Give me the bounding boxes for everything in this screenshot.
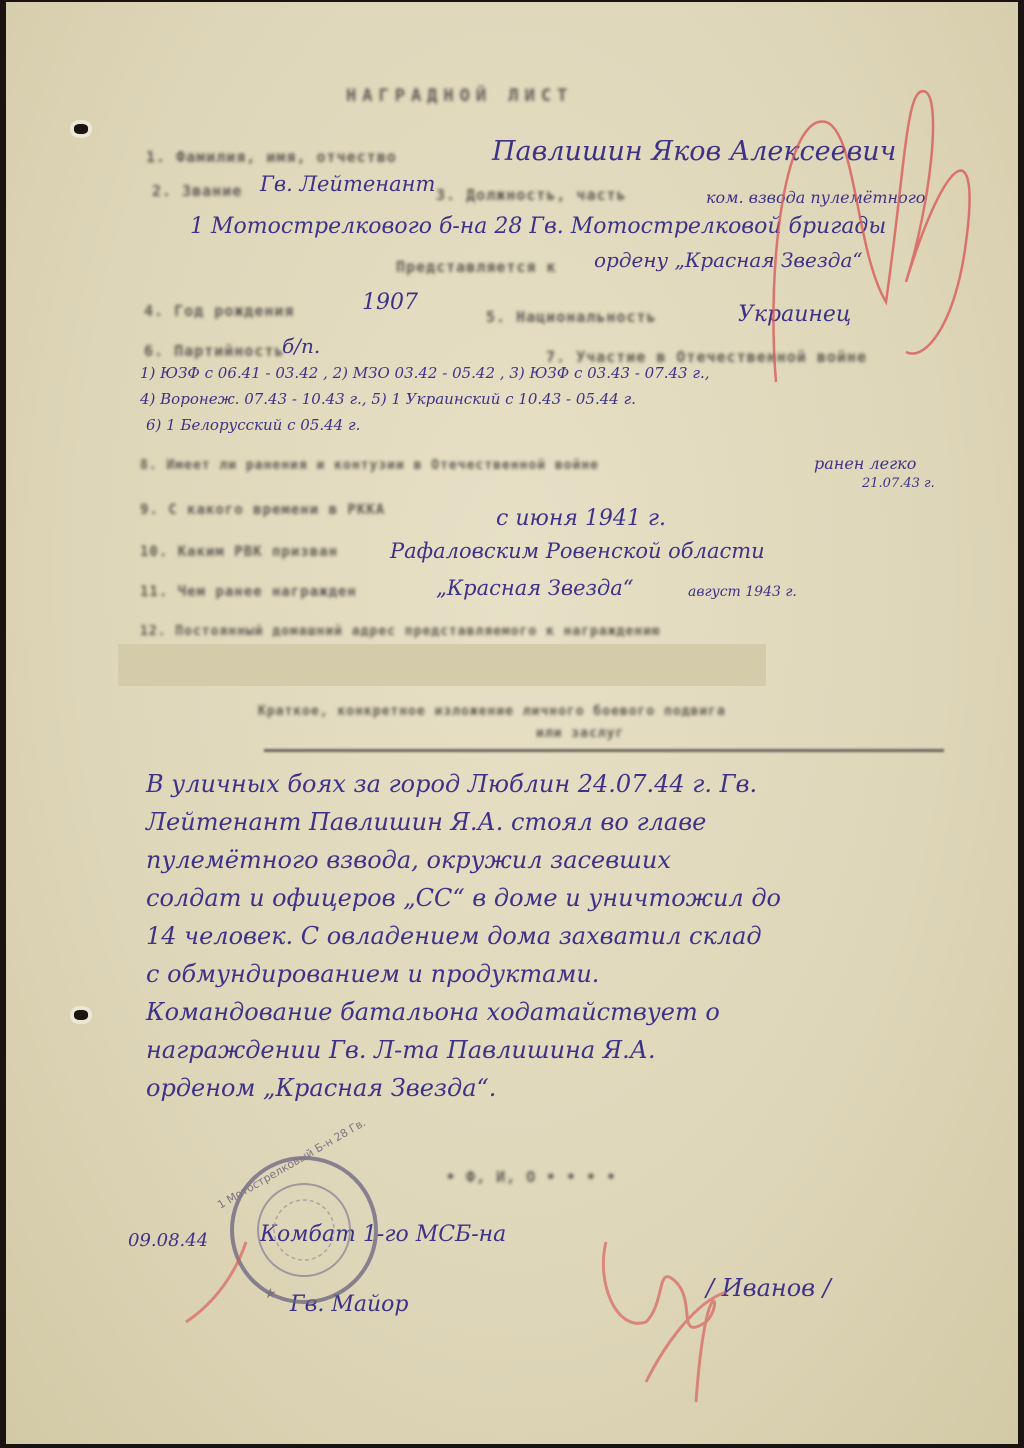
award-sheet-paper: НАГРАДНОЙ ЛИСТ 1. Фамилия, имя, отчество… — [6, 2, 1018, 1444]
red-pencil-mark-top — [773, 91, 969, 382]
unit-stamp: 1 Мотострелковый Б-н 28 Гв. ★ — [215, 1116, 376, 1302]
stamp-and-red-marks: 1 Мотострелковый Б-н 28 Гв. ★ — [6, 2, 1018, 1444]
red-pencil-signature — [186, 1242, 726, 1402]
svg-text:1 Мотострелковый Б-н 28 Гв.: 1 Мотострелковый Б-н 28 Гв. — [215, 1116, 368, 1212]
svg-text:★: ★ — [264, 1286, 277, 1302]
